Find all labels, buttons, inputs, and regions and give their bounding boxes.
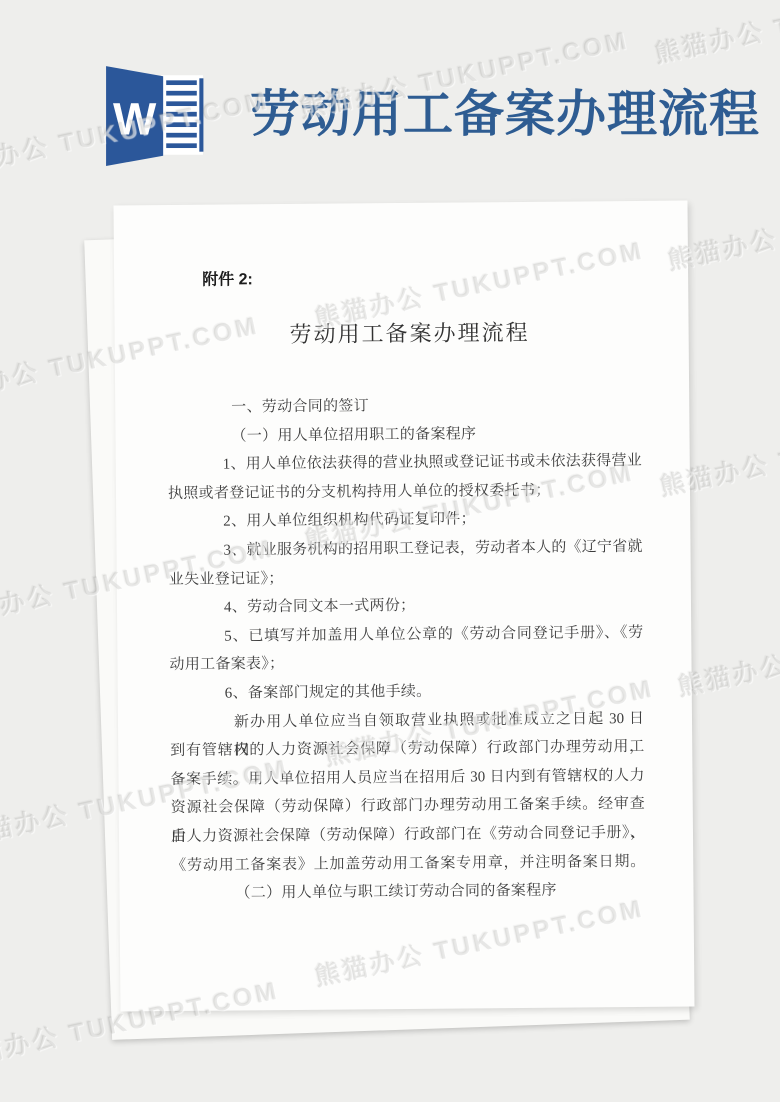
document-line: 3、就业服务机构的招用职工登记表，劳动者本人的《辽宁省就 xyxy=(168,533,642,566)
document-line: 资源社会保障（劳动保障）行政部门办理劳动用工备案手续。经审查后， xyxy=(171,790,645,823)
document-line: 5、已填写并加盖用人单位公章的《劳动合同登记手册》、《劳 xyxy=(169,619,643,652)
header: W 劳动用工备案办理流程 xyxy=(0,0,780,200)
document-line: 4、劳动合同文本一式两份； xyxy=(169,590,643,623)
document-line: 业失业登记证》； xyxy=(169,561,643,594)
document-line: 到有管辖权的人力资源社会保障（劳动保障）行政部门办理劳动用工 xyxy=(170,733,644,766)
document-sheet: 附件 2: 劳动用工备案办理流程 一、劳动合同的签订（一）用人单位招用职工的备案… xyxy=(113,201,694,1012)
page-title: 劳动用工备案办理流程 xyxy=(250,74,780,154)
attachment-label: 附件 2: xyxy=(202,266,253,289)
document-line: 备案手续。用人单位招用人员应当在招用后 30 日内到有管辖权的人力 xyxy=(170,762,644,795)
document-line: 2、用人单位组织机构代码证复印件； xyxy=(168,504,642,537)
document-line: 动用工备案表》； xyxy=(169,647,643,680)
document-line: （二）用人单位与职工续订劳动合同的备案程序 xyxy=(171,876,645,909)
document-line: 《劳动用工备案表》上加盖劳动用工备案专用章，并注明备案日期。 xyxy=(171,847,645,880)
word-icon-letter: W xyxy=(113,92,157,144)
document-line: 一、劳动合同的签订 xyxy=(167,390,641,423)
document-line: （一）用人单位招用职工的备案程序 xyxy=(167,419,641,452)
document-line: 1、用人单位依法获得的营业执照或登记证书或未依法获得营业 xyxy=(168,447,642,480)
page: W 劳动用工备案办理流程 附件 2: 劳动用工备案办理流程 一、劳动合同的签订（… xyxy=(0,0,780,1102)
document-body: 一、劳动合同的签订（一）用人单位招用职工的备案程序1、用人单位依法获得的营业执照… xyxy=(167,390,645,909)
ms-word-icon: W xyxy=(104,62,206,168)
document-line: 6、备案部门规定的其他手续。 xyxy=(170,676,644,709)
document-line: 新办用人单位应当自领取营业执照或批准成立之日起 30 日内， xyxy=(170,704,644,737)
document-title: 劳动用工备案办理流程 xyxy=(154,315,664,350)
document-line: 由人力资源社会保障（劳动保障）行政部门在《劳动合同登记手册》、 xyxy=(171,819,645,852)
document-line: 执照或者登记证书的分支机构持用人单位的授权委托书； xyxy=(168,476,642,509)
